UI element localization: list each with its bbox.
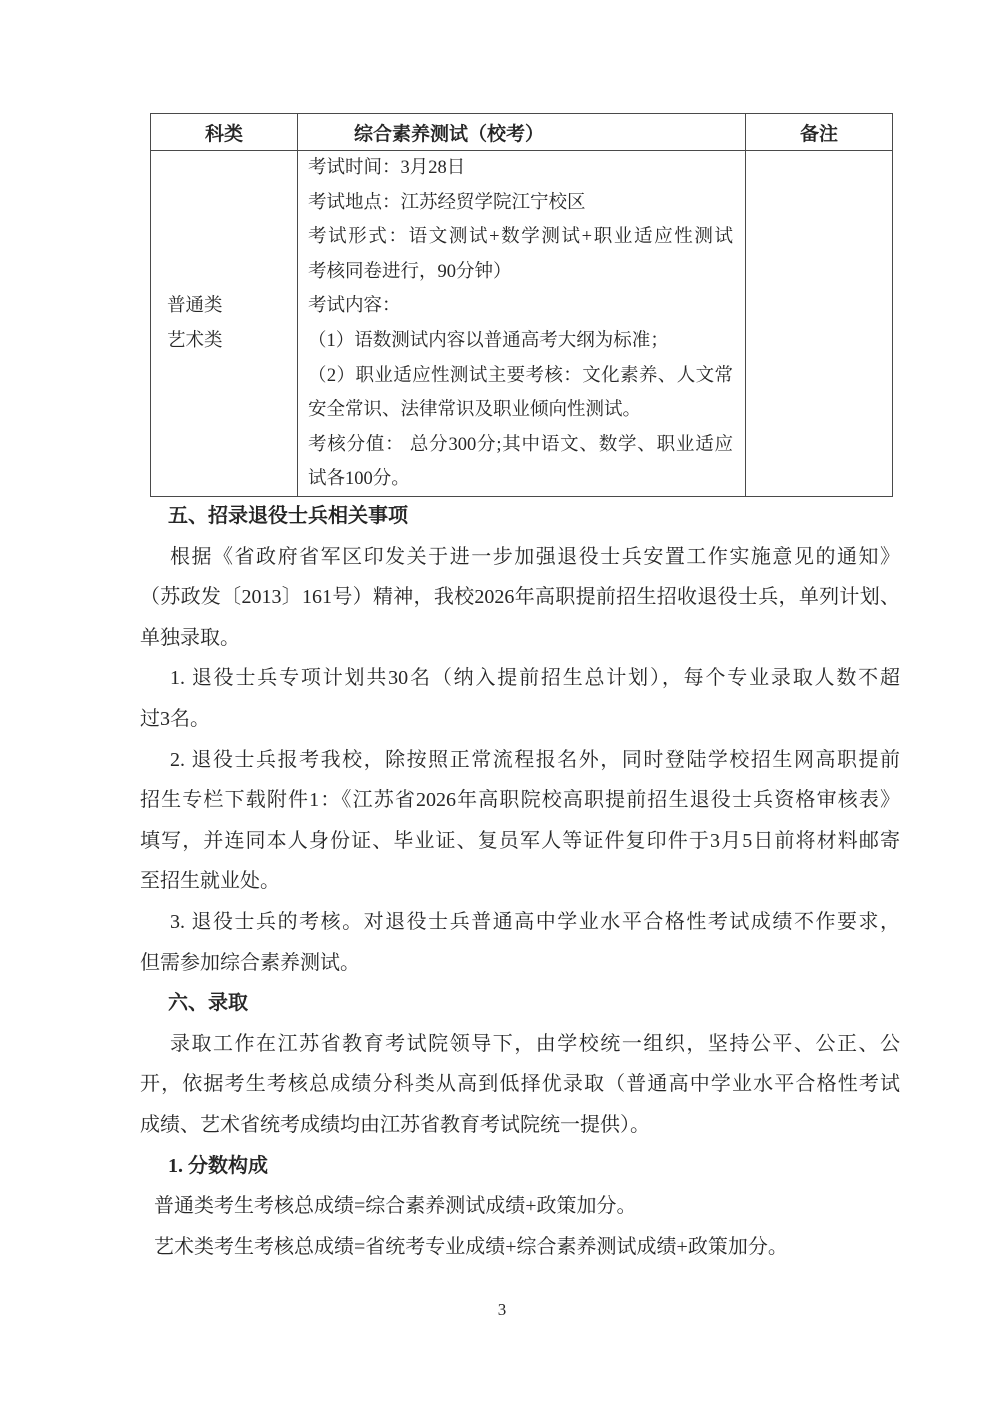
category-line: 普通类: [167, 289, 297, 324]
remark-cell: [746, 151, 892, 497]
table-line: （1）语数测试内容以普通高考大纲为标准；: [308, 324, 733, 359]
table-line: 考试时间：3月28日: [308, 151, 733, 186]
content-line: 3. 退役士兵的考核。对退役士兵普通高中学业水平合格性考试成绩不作要求，: [140, 902, 900, 943]
content-line: （苏政发〔2013〕161号）精神，我校2026年高职提前招生招收退役士兵，单列…: [140, 577, 900, 618]
table-line: 考试形式：语文测试+数学测试+职业适应性测试（三项: [308, 220, 733, 255]
content-line: 成绩、艺术省统考成绩均由江苏省教育考试院统一提供）。: [140, 1105, 900, 1146]
table-line: 考试地点：江苏经贸学院江宁校区: [308, 186, 733, 221]
content-line: 录取工作在江苏省教育考试院领导下，由学校统一组织，坚持公平、公正、公: [140, 1024, 900, 1065]
document-body: 五、招录退役士兵相关事项 根据《省政府省军区印发关于进一步加强退役士兵安置工作实…: [140, 496, 900, 1267]
content-line: 填写，并连同本人身份证、毕业证、复员军人等证件复印件于3月5日前将材料邮寄: [140, 821, 900, 862]
table-line: 考试内容：: [308, 289, 733, 324]
content-line: 艺术类考生考核总成绩=省统考专业成绩+综合素养测试成绩+政策加分。: [140, 1227, 900, 1268]
content-line: 但需参加综合素养测试。: [140, 943, 900, 984]
section-heading-6: 六、录取: [140, 983, 900, 1024]
table-body-row: 普通类 艺术类 考试时间：3月28日 考试地点：江苏经贸学院江宁校区 考试形式：…: [151, 151, 892, 497]
content-line: 招生专栏下载附件1：《江苏省2026年高职院校高职提前招生退役士兵资格审核表》: [140, 780, 900, 821]
category-cell: 普通类 艺术类: [151, 151, 298, 497]
page-number: 3: [0, 1300, 1004, 1320]
document-page: 科类 综合素养测试（校考） 备注 普通类 艺术类 考试时间：3月28日 考试地点…: [0, 0, 1004, 1415]
table-header-remark: 备注: [746, 114, 892, 150]
table-line: 考核分值： 总分300分;其中语文、数学、职业适应性测: [308, 428, 733, 463]
subsection-heading-score: 1. 分数构成: [140, 1146, 900, 1187]
table-line: （2）职业适应性测试主要考核：文化素养、人文常识、: [308, 359, 733, 394]
content-line: 过3名。: [140, 699, 900, 740]
content-line: 至招生就业处。: [140, 861, 900, 902]
content-line: 开，依据考生考核总成绩分科类从高到低择优录取（普通高中学业水平合格性考试: [140, 1064, 900, 1105]
content-line: 1. 退役士兵专项计划共30名（纳入提前招生总计划），每个专业录取人数不超: [140, 658, 900, 699]
section-heading-5: 五、招录退役士兵相关事项: [140, 496, 900, 537]
table-line: 考核同卷进行，90分钟）: [308, 255, 733, 290]
content-line: 单独录取。: [140, 618, 900, 659]
table-header-category: 科类: [151, 114, 298, 150]
detail-cell: 考试时间：3月28日 考试地点：江苏经贸学院江宁校区 考试形式：语文测试+数学测…: [298, 151, 746, 497]
exam-info-table: 科类 综合素养测试（校考） 备注 普通类 艺术类 考试时间：3月28日 考试地点…: [150, 113, 893, 497]
category-line: 艺术类: [167, 324, 297, 359]
content-line: 根据《省政府省军区印发关于进一步加强退役士兵安置工作实施意见的通知》: [140, 537, 900, 578]
table-header-test: 综合素养测试（校考）: [298, 114, 746, 150]
table-header-row: 科类 综合素养测试（校考） 备注: [151, 114, 892, 151]
content-line: 2. 退役士兵报考我校，除按照正常流程报名外，同时登陆学校招生网高职提前: [140, 740, 900, 781]
table-line: 试各100分。: [308, 462, 733, 497]
table-line: 安全常识、法律常识及职业倾向性测试。: [308, 393, 733, 428]
content-line: 普通类考生考核总成绩=综合素养测试成绩+政策加分。: [140, 1186, 900, 1227]
